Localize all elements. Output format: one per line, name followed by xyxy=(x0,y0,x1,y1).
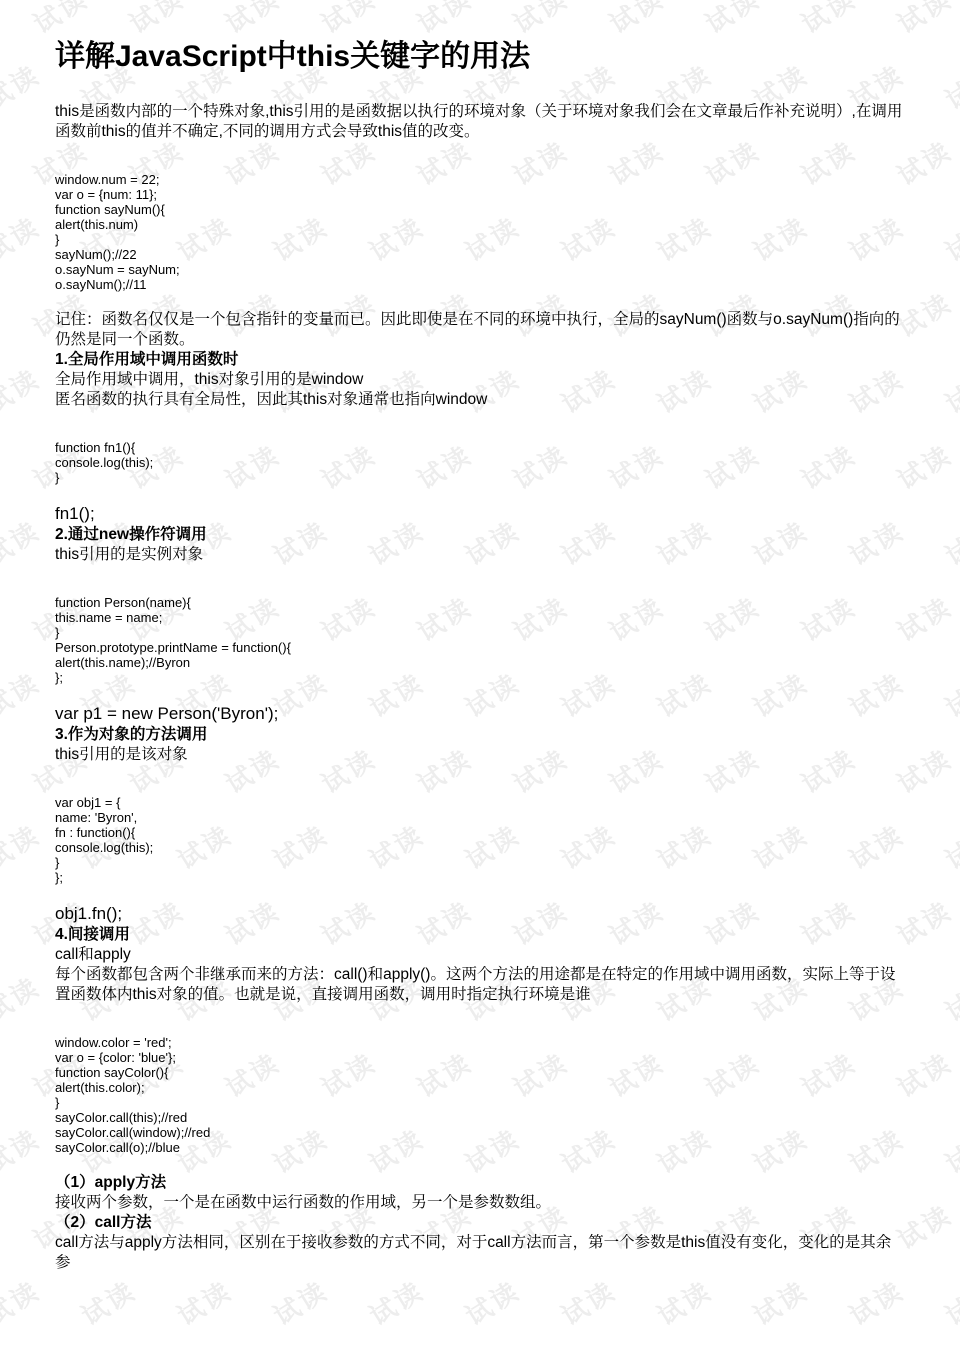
document-page: 试读试读试读试读试读试读试读试读试读试读试读试读试读试读试读试读试读试读试读试读… xyxy=(0,0,960,1357)
code-statement: fn1(); xyxy=(55,503,905,525)
code-line: }; xyxy=(55,870,905,885)
section-heading: 4.间接调用 xyxy=(55,925,905,945)
watermark-text: 试读 xyxy=(74,1271,143,1333)
code-line: } xyxy=(55,232,905,247)
article-content: 详解JavaScript中this关键字的用法 this是函数内部的一个特殊对象… xyxy=(0,0,960,1273)
code-line: alert(this.num) xyxy=(55,217,905,232)
code-line: function sayColor(){ xyxy=(55,1065,905,1080)
watermark-text: 试读 xyxy=(362,1271,431,1333)
code-statement: var p1 = new Person('Byron'); xyxy=(55,703,905,725)
code-line: console.log(this); xyxy=(55,840,905,855)
code-line: sayColor.call(window);//red xyxy=(55,1125,905,1140)
code-line: o.sayNum();//11 xyxy=(55,277,905,292)
code-line: window.color = 'red'; xyxy=(55,1035,905,1050)
code-line: Person.prototype.printName = function(){ xyxy=(55,640,905,655)
page-title: 详解JavaScript中this关键字的用法 xyxy=(55,38,905,76)
code-block: var obj1 = {name: 'Byron',fn : function(… xyxy=(55,795,905,885)
paragraph: 记住：函数名仅仅是一个包含指针的变量而已。因此即使是在不同的环境中执行，全局的s… xyxy=(55,310,905,350)
code-line: function fn1(){ xyxy=(55,440,905,455)
watermark-text: 试读 xyxy=(938,1271,960,1333)
code-line: }; xyxy=(55,670,905,685)
code-block: window.num = 22;var o = {num: 11};functi… xyxy=(55,172,905,292)
watermark-text: 试读 xyxy=(650,1271,719,1333)
code-line: name: 'Byron', xyxy=(55,810,905,825)
code-line: alert(this.name);//Byron xyxy=(55,655,905,670)
code-line: var o = {num: 11}; xyxy=(55,187,905,202)
code-line: o.sayNum = sayNum; xyxy=(55,262,905,277)
text-line: 匿名函数的执行具有全局性，因此其this对象通常也指向window xyxy=(55,390,905,410)
code-line: this.name = name; xyxy=(55,610,905,625)
code-line: function sayNum(){ xyxy=(55,202,905,217)
text-line: 全局作用域中调用，this对象引用的是window xyxy=(55,370,905,390)
code-line: fn : function(){ xyxy=(55,825,905,840)
code-line: } xyxy=(55,470,905,485)
code-line: } xyxy=(55,1095,905,1110)
code-line: sayColor.call(o);//blue xyxy=(55,1140,905,1155)
watermark-text: 试读 xyxy=(746,1271,815,1333)
watermark-text: 试读 xyxy=(842,1271,911,1333)
text-line: call方法与apply方法相同，区别在于接收参数的方式不同，对于call方法而… xyxy=(55,1233,905,1273)
code-block: function fn1(){console.log(this);} xyxy=(55,440,905,485)
paragraph: 每个函数都包含两个非继承而来的方法：call()和apply()。这两个方法的用… xyxy=(55,965,905,1005)
code-line: sayColor.call(this);//red xyxy=(55,1110,905,1125)
text-line: this引用的是该对象 xyxy=(55,745,905,765)
section-heading: 1.全局作用域中调用函数时 xyxy=(55,350,905,370)
watermark-text: 试读 xyxy=(170,1271,239,1333)
section-heading: 2.通过new操作符调用 xyxy=(55,525,905,545)
code-line: var o = {color: 'blue'}; xyxy=(55,1050,905,1065)
paragraph: this是函数内部的一个特殊对象,this引用的是函数据以执行的环境对象（关于环… xyxy=(55,102,905,142)
code-line: } xyxy=(55,855,905,870)
code-line: function Person(name){ xyxy=(55,595,905,610)
code-block: function Person(name){this.name = name;}… xyxy=(55,595,905,685)
code-line: } xyxy=(55,625,905,640)
text-line: call和apply xyxy=(55,945,905,965)
section-heading: 3.作为对象的方法调用 xyxy=(55,725,905,745)
code-line: alert(this.color); xyxy=(55,1080,905,1095)
code-line: sayNum();//22 xyxy=(55,247,905,262)
code-line: window.num = 22; xyxy=(55,172,905,187)
section-heading: （2）call方法 xyxy=(55,1213,905,1233)
section-heading: （1）apply方法 xyxy=(55,1173,905,1193)
watermark-text: 试读 xyxy=(458,1271,527,1333)
text-line: this引用的是实例对象 xyxy=(55,545,905,565)
watermark-text: 试读 xyxy=(554,1271,623,1333)
article-body: this是函数内部的一个特殊对象,this引用的是函数据以执行的环境对象（关于环… xyxy=(55,102,905,1273)
code-line: var obj1 = { xyxy=(55,795,905,810)
watermark-text: 试读 xyxy=(266,1271,335,1333)
code-line: console.log(this); xyxy=(55,455,905,470)
code-statement: obj1.fn(); xyxy=(55,903,905,925)
code-block: window.color = 'red';var o = {color: 'bl… xyxy=(55,1035,905,1155)
watermark-text: 试读 xyxy=(0,1271,46,1333)
text-line: 接收两个参数，一个是在函数中运行函数的作用域，另一个是参数数组。 xyxy=(55,1193,905,1213)
